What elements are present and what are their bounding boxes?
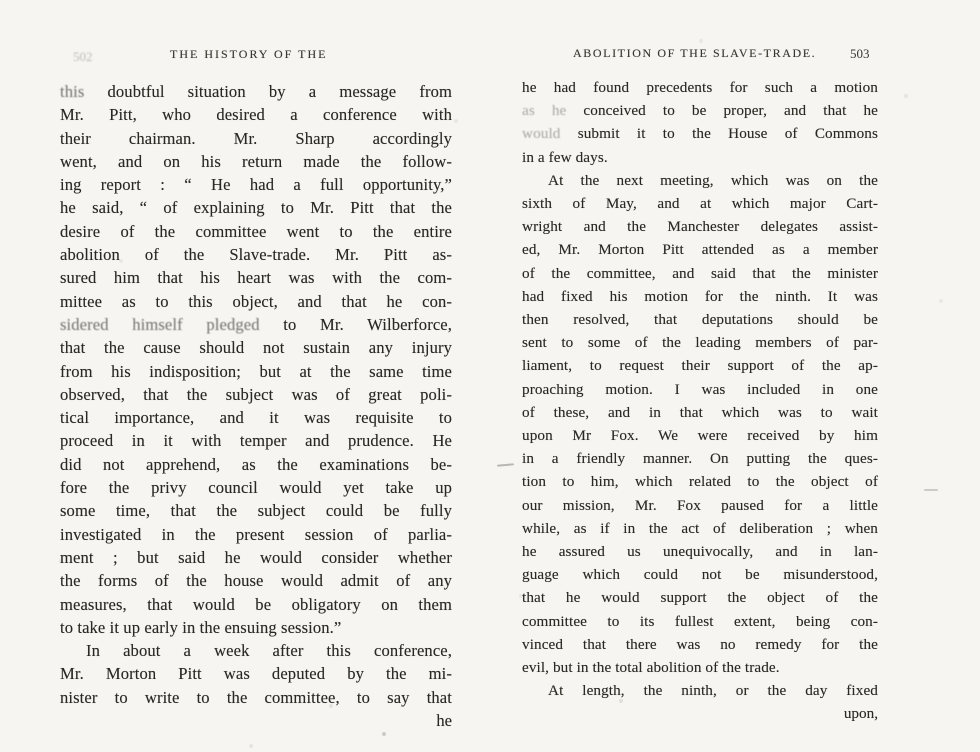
text-line: proaching motion. I was included in one	[522, 378, 878, 401]
text-line: investigated in the present session of p…	[60, 523, 452, 546]
text-fragment: submit it to the House of Commons	[578, 125, 878, 142]
catchword: he	[60, 709, 452, 732]
scan-artifact-dash	[497, 463, 514, 466]
text-line: sixth of May, and at which major Cart-	[522, 192, 878, 215]
text-line: our mission, Mr. Fox paused for a little	[522, 494, 878, 517]
text-line-paragraph-start: In about a week after this conference,	[60, 639, 452, 662]
text-line: tion to him, which related to the object…	[522, 470, 878, 493]
text-line: abolition of the Slave-trade. Mr. Pitt a…	[60, 243, 452, 266]
text-line: wright and the Manchester delegates assi…	[522, 215, 878, 238]
text-line: while, as if in the act of deliberation …	[522, 517, 878, 540]
text-line: he had found precedents for such a motio…	[522, 76, 878, 99]
right-page-text-column: he had found precedents for such a motio…	[522, 76, 878, 726]
text-line: from his indisposition; but at the same …	[60, 360, 452, 383]
left-page-text-column: this doubtful situation by a message fro…	[60, 80, 452, 732]
text-line-paragraph-start: At the next meeting, which was on the	[522, 169, 878, 192]
text-line: he assured us unequivocally, and in lan-	[522, 540, 878, 563]
text-line: evil, but in the total abolition of the …	[522, 656, 878, 679]
catchword: upon,	[522, 702, 878, 725]
text-line: that the cause should not sustain any in…	[60, 336, 452, 359]
text-fragment: conceived to be proper, and that he	[583, 102, 878, 119]
text-line: proceed in it with temper and prudence. …	[60, 429, 452, 452]
text-line: observed, that the subject was of great …	[60, 383, 452, 406]
scan-artifact-underscore	[924, 489, 938, 491]
text-line: sent to some of the leading members of p…	[522, 331, 878, 354]
right-page-number: 503	[850, 46, 870, 62]
text-fragment: to Mr. Wilberforce,	[283, 315, 452, 334]
text-line: ed, Mr. Morton Pitt attended as a member	[522, 238, 878, 261]
text-line: guage which could not be misunderstood,	[522, 563, 878, 586]
text-line: liament, to request their support of the…	[522, 354, 878, 377]
text-line: to take it up early in the ensuing sessi…	[60, 616, 452, 639]
text-line: upon Mr Fox. We were received by him	[522, 424, 878, 447]
text-fragment: doubtful situation by a message from	[108, 82, 453, 101]
text-line: Mr. Pitt, who desired a conference with	[60, 103, 452, 126]
text-line: tical importance, and it was requisite t…	[60, 406, 452, 429]
faded-text: would	[522, 125, 560, 142]
text-line: sidered himself pledged to Mr. Wilberfor…	[60, 313, 452, 336]
text-line: he said, “ of explaining to Mr. Pitt tha…	[60, 196, 452, 219]
text-line: desire of the committee went to the enti…	[60, 220, 452, 243]
right-running-title: ABOLITION OF THE SLAVE-TRADE.	[573, 46, 816, 61]
text-line: vinced that there was no remedy for the	[522, 633, 878, 656]
text-line: fore the privy council would yet take up	[60, 476, 452, 499]
text-line: some time, that the subject could be ful…	[60, 499, 452, 522]
text-line: their chairman. Mr. Sharp accordingly	[60, 127, 452, 150]
text-line: nister to write to the committee, to say…	[60, 686, 452, 709]
text-line: had fixed his motion for the ninth. It w…	[522, 285, 878, 308]
text-line: would submit it to the House of Commons	[522, 122, 878, 145]
text-line: committee to its fullest extent, being c…	[522, 610, 878, 633]
text-line: this doubtful situation by a message fro…	[60, 80, 452, 103]
left-running-title: THE HISTORY OF THE	[170, 47, 327, 62]
text-line: that he would support the object of the	[522, 586, 878, 609]
faded-text: this	[60, 82, 84, 101]
text-line: of these, and in that which was to wait	[522, 401, 878, 424]
scanned-book-spread: 502 THE HISTORY OF THE ABOLITION OF THE …	[0, 0, 980, 752]
text-line: Mr. Morton Pitt was deputed by the mi-	[60, 662, 452, 685]
text-line: went, and on his return made the follow-	[60, 150, 452, 173]
text-line: sured him that his heart was with the co…	[60, 266, 452, 289]
text-line: of the committee, and said that the mini…	[522, 262, 878, 285]
text-line: in a few days.	[522, 146, 878, 169]
faded-text: sidered himself pledged	[60, 315, 260, 334]
text-line: the forms of the house would admit of an…	[60, 569, 452, 592]
text-line: mittee as to this object, and that he co…	[60, 290, 452, 313]
text-line: measures, that would be obligatory on th…	[60, 593, 452, 616]
text-line: ing report : “ He had a full opportunity…	[60, 173, 452, 196]
text-line: did not apprehend, as the examinations b…	[60, 453, 452, 476]
text-line: as he conceived to be proper, and that h…	[522, 99, 878, 122]
text-line-paragraph-start: At length, the ninth, or the day fixed	[522, 679, 878, 702]
scan-noise	[0, 0, 2, 2]
text-line: ment ; but said he would consider whethe…	[60, 546, 452, 569]
text-line: then resolved, that deputations should b…	[522, 308, 878, 331]
text-line: in a friendly manner. On putting the que…	[522, 447, 878, 470]
left-page-number: 502	[73, 49, 93, 65]
faded-text: as he	[522, 102, 566, 119]
